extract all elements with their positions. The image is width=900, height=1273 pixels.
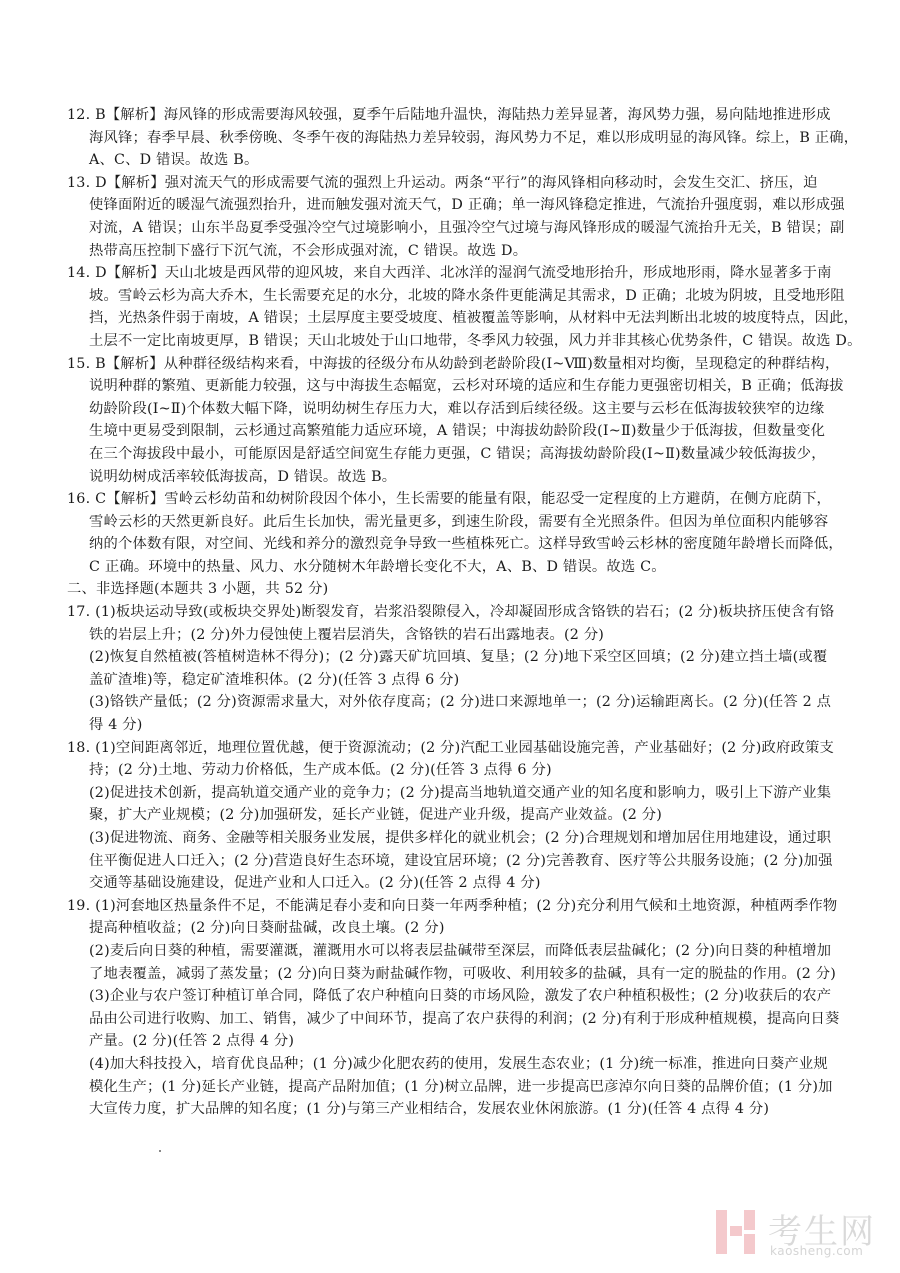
answer-line: 交通等基础设施建设，促进产业和人口迁入。(2 分)(任答 2 点得 4 分) [67, 872, 815, 895]
stray-mark [159, 1150, 161, 1152]
answer-line: 14. D【解析】天山北坡是西风带的迎风坡，来自大西洋、北冰洋的湿润气流受地形抬… [67, 262, 815, 285]
answer-line: 提高种植收益；(2 分)向日葵耐盐碱，改良土壤。(2 分) [67, 917, 815, 940]
answer-line: 住平衡促进人口迁入；(2 分)营造良好生态环境，建设宜居环境；(2 分)完善教育… [67, 850, 815, 873]
answer-line: 热带高压控制下盛行下沉气流，不会形成强对流，C 错误。故选 D。 [67, 240, 815, 263]
watermark-name-en: kaosheng.com [770, 1244, 863, 1258]
answer-line: 19. (1)河套地区热量条件不足，不能满足春小麦和向日葵一年两季种植；(2 分… [67, 895, 815, 918]
answer-line: 盖矿渣堆)等，稳定矿渣堆积体。(2 分)(任答 3 点得 6 分) [67, 669, 815, 692]
watermark: 考生网 kaosheng.com [716, 1208, 896, 1268]
answer-line: 说明种群的繁殖、更新能力较强，这与中海拔生态幅宽，云杉对环境的适应和生存能力更强… [67, 375, 815, 398]
answer-line: (3)铬铁产量低；(2 分)资源需求量大，对外依存度高；(2 分)进口来源地单一… [67, 691, 815, 714]
answer-q14: 14. D【解析】天山北坡是西风带的迎风坡，来自大西洋、北冰洋的湿润气流受地形抬… [67, 262, 815, 352]
answer-line: (4)加大科技投入，培育优良品种；(1 分)减少化肥农药的使用，发展生态农业；(… [67, 1053, 815, 1076]
answer-line: 得 4 分) [67, 714, 815, 737]
answer-line: 说明幼树成活率较低海拔高，D 错误。故选 B。 [67, 466, 815, 489]
answer-line: 17. (1)板块运动导致(或板块交界处)断裂发育，岩浆沿裂隙侵入，冷却凝固形成… [67, 601, 815, 624]
answer-line: 模化生产；(1 分)延长产业链，提高产品附加值；(1 分)树立品牌，进一步提高巴… [67, 1076, 815, 1099]
section-heading: 二、非选择题(本题共 3 小题，共 52 分) [67, 578, 815, 601]
answer-line: 13. D【解析】强对流天气的形成需要气流的强烈上升运动。两条“平行”的海风锋相… [67, 172, 815, 195]
answer-line: 纳的个体数有限，对空间、光线和养分的激烈竞争导致一些植株死亡。这样导致雪岭云杉林… [67, 533, 815, 556]
answer-line: 对流，A 错误；山东半岛夏季受强冷空气过境影响小，且强冷空气过境与海风锋形成的暖… [67, 217, 815, 240]
answer-line: 大宣传力度，扩大品牌的知名度；(1 分)与第三产业相结合，发展农业休闲旅游。(1… [67, 1098, 815, 1121]
answer-q19: 19. (1)河套地区热量条件不足，不能满足春小麦和向日葵一年两季种植；(2 分… [67, 895, 815, 1121]
answer-line: (3)促进物流、商务、金融等相关服务业发展，提供多样化的就业机会；(2 分)合理… [67, 827, 815, 850]
answer-line: 持；(2 分)土地、劳动力价格低，生产成本低。(2 分)(任答 3 点得 6 分… [67, 759, 815, 782]
answer-line: 15. B【解析】从种群径级结构来看，中海拔的径级分布从幼龄到老龄阶段(Ⅰ~Ⅷ)… [67, 353, 815, 376]
answer-line: 12. B【解析】海风锋的形成需要海风较强，夏季午后陆地升温快，海陆热力差异显著… [67, 104, 815, 127]
answer-line: (3)企业与农户签订种植订单合同，降低了农户种植向日葵的市场风险，激发了农户种植… [67, 985, 815, 1008]
answer-line: A、C、D 错误。故选 B。 [67, 149, 815, 172]
answer-line: 聚，扩大产业规模；(2 分)加强研发，延长产业链，促进产业升级，提高产业效益。(… [67, 804, 815, 827]
answer-line: 海风锋；春季早晨、秋季傍晚、冬季午夜的海陆热力差异较弱，海风势力不足，难以形成明… [67, 127, 815, 150]
answer-line: 了地表覆盖，减弱了蒸发量；(2 分)向日葵为耐盐碱作物，可吸收、利用较多的盐碱，… [67, 963, 815, 986]
answer-line: (2)麦后向日葵的种植，需要灌溉，灌溉用水可以将表层盐碱带至深层，而降低表层盐碱… [67, 940, 815, 963]
answer-q13: 13. D【解析】强对流天气的形成需要气流的强烈上升运动。两条“平行”的海风锋相… [67, 172, 815, 262]
answer-line: 幼龄阶段(Ⅰ~Ⅱ)个体数大幅下降，说明幼树生存压力大，难以存活到后续径级。这主要… [67, 398, 815, 421]
answer-line: C 正确。环境中的热量、风力、水分随树木年龄增长变化不大，A、B、D 错误。故选… [67, 556, 815, 579]
answer-line: 18. (1)空间距离邻近，地理位置优越，便于资源流动；(2 分)汽配工业园基础… [67, 737, 815, 760]
answer-line: 使锋面附近的暖湿气流强烈抬升，进而触发强对流天气，D 正确；单一海风锋稳定推进，… [67, 194, 815, 217]
answer-line: 产量。(2 分)(任答 2 点得 4 分) [67, 1030, 815, 1053]
answer-line: (2)促进技术创新，提高轨道交通产业的竞争力；(2 分)提高当地轨道交通产业的知… [67, 782, 815, 805]
kaosheng-logo-icon [716, 1208, 758, 1256]
answer-line: 生境中更易受到限制，云杉通过高繁殖能力适应环境，A 错误；中海拔幼龄阶段(Ⅰ~Ⅱ… [67, 420, 815, 443]
answer-line: 16. C【解析】雪岭云杉幼苗和幼树阶段因个体小，生长需要的能量有限，能忍受一定… [67, 488, 815, 511]
answer-q16: 16. C【解析】雪岭云杉幼苗和幼树阶段因个体小，生长需要的能量有限，能忍受一定… [67, 488, 815, 578]
answer-line: 品由公司进行收购、加工、销售，减少了中间环节，提高了农户获得的利润；(2 分)有… [67, 1008, 815, 1031]
answer-line: 挡，光热条件弱于南坡，A 错误；土层厚度主要受坡度、植被覆盖等影响，从材料中无法… [67, 307, 815, 330]
answer-document: 12. B【解析】海风锋的形成需要海风较强，夏季午后陆地升温快，海陆热力差异显著… [67, 104, 815, 1121]
answer-line: 雪岭云杉的天然更新良好。此后生长加快，需光量更多，到速生阶段，需要有全光照条件。… [67, 511, 815, 534]
answer-line: (2)恢复自然植被(答植树造林不得分)；(2 分)露天矿坑回填、复垦；(2 分)… [67, 646, 815, 669]
answer-line: 坡。雪岭云杉为高大乔木，生长需要充足的水分，北坡的降水条件更能满足其需求，D 正… [67, 285, 815, 308]
answer-q17: 17. (1)板块运动导致(或板块交界处)断裂发育，岩浆沿裂隙侵入，冷却凝固形成… [67, 601, 815, 737]
answer-line: 铁的岩层上升；(2 分)外力侵蚀使上覆岩层消失，含铬铁的岩石出露地表。(2 分) [67, 624, 815, 647]
answer-q18: 18. (1)空间距离邻近，地理位置优越，便于资源流动；(2 分)汽配工业园基础… [67, 737, 815, 895]
answer-q12: 12. B【解析】海风锋的形成需要海风较强，夏季午后陆地升温快，海陆热力差异显著… [67, 104, 815, 172]
answer-q15: 15. B【解析】从种群径级结构来看，中海拔的径级分布从幼龄到老龄阶段(Ⅰ~Ⅷ)… [67, 353, 815, 489]
answer-line: 土层不一定比南坡更厚，B 错误；天山北坡处于山口地带，冬季风力较强，风力并非其核… [67, 330, 815, 353]
answer-line: 在三个海拔段中最小，可能原因是舒适空间宽生存能力更强，C 错误；高海拔幼龄阶段(… [67, 443, 815, 466]
